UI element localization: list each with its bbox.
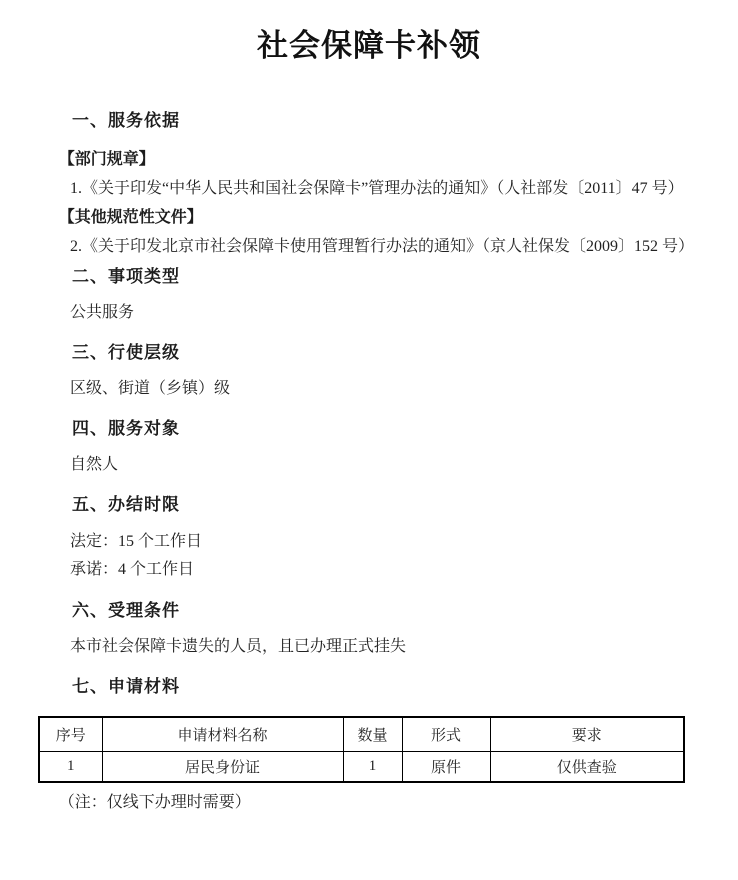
- heading-item-type: 二、事项类型: [38, 265, 700, 289]
- section-service-basis: 一、服务依据 【部门规章】 1.《关于印发“中华人民共和国社会保障卡”管理办法的…: [38, 109, 700, 261]
- table-header-form: 形式: [402, 717, 490, 751]
- materials-note: （注：仅线下办理时需要）: [38, 791, 700, 815]
- document-page: 社会保障卡补领 一、服务依据 【部门规章】 1.《关于印发“中华人民共和国社会保…: [0, 0, 738, 880]
- item-type-content: 公共服务: [38, 301, 700, 325]
- acceptance-conditions-content: 本市社会保障卡遗失的人员，且已办理正式挂失: [38, 635, 700, 659]
- time-limit-promised: 承诺：4 个工作日: [38, 557, 700, 583]
- page-title: 社会保障卡补领: [38, 26, 700, 66]
- heading-acceptance-conditions: 六、受理条件: [38, 599, 700, 623]
- section-exercise-level: 三、行使层级 区级、街道（乡镇）级: [38, 341, 700, 401]
- reference-item-1: 1.《关于印发“中华人民共和国社会保障卡”管理办法的通知》（人社部发〔2011〕…: [38, 174, 700, 203]
- section-time-limit: 五、办结时限 法定：15 个工作日 承诺：4 个工作日: [38, 493, 700, 583]
- section-service-target: 四、服务对象 自然人: [38, 417, 700, 477]
- section-application-materials: 七、申请材料 序号 申请材料名称 数量 形式 要求 1 居民身份证 1: [38, 675, 700, 815]
- table-row: 1 居民身份证 1 原件 仅供查验: [39, 751, 684, 782]
- cell-quantity: 1: [343, 751, 402, 782]
- cell-form: 原件: [402, 751, 490, 782]
- heading-service-basis: 一、服务依据: [38, 109, 700, 133]
- label-department-rules: 【部门规章】: [38, 145, 700, 174]
- service-target-content: 自然人: [38, 453, 700, 477]
- cell-requirement: 仅供查验: [490, 751, 684, 782]
- table-header-requirement: 要求: [490, 717, 684, 751]
- exercise-level-content: 区级、街道（乡镇）级: [38, 377, 700, 401]
- table-header-material-name: 申请材料名称: [102, 717, 343, 751]
- time-limit-legal: 法定：15 个工作日: [38, 529, 700, 555]
- application-materials-table: 序号 申请材料名称 数量 形式 要求 1 居民身份证 1 原件 仅供查验: [38, 716, 685, 783]
- cell-material-name: 居民身份证: [102, 751, 343, 782]
- table-header-quantity: 数量: [343, 717, 402, 751]
- section-acceptance-conditions: 六、受理条件 本市社会保障卡遗失的人员，且已办理正式挂失: [38, 599, 700, 659]
- label-other-normative-documents: 【其他规范性文件】: [38, 203, 700, 232]
- table-header-index: 序号: [39, 717, 102, 751]
- heading-service-target: 四、服务对象: [38, 417, 700, 441]
- heading-application-materials: 七、申请材料: [38, 675, 700, 699]
- reference-item-2: 2.《关于印发北京市社会保障卡使用管理暂行办法的通知》（京人社保发〔2009〕1…: [38, 232, 700, 261]
- table-header-row: 序号 申请材料名称 数量 形式 要求: [39, 717, 684, 751]
- heading-exercise-level: 三、行使层级: [38, 341, 700, 365]
- heading-time-limit: 五、办结时限: [38, 493, 700, 517]
- section-item-type: 二、事项类型 公共服务: [38, 265, 700, 325]
- cell-index: 1: [39, 751, 102, 782]
